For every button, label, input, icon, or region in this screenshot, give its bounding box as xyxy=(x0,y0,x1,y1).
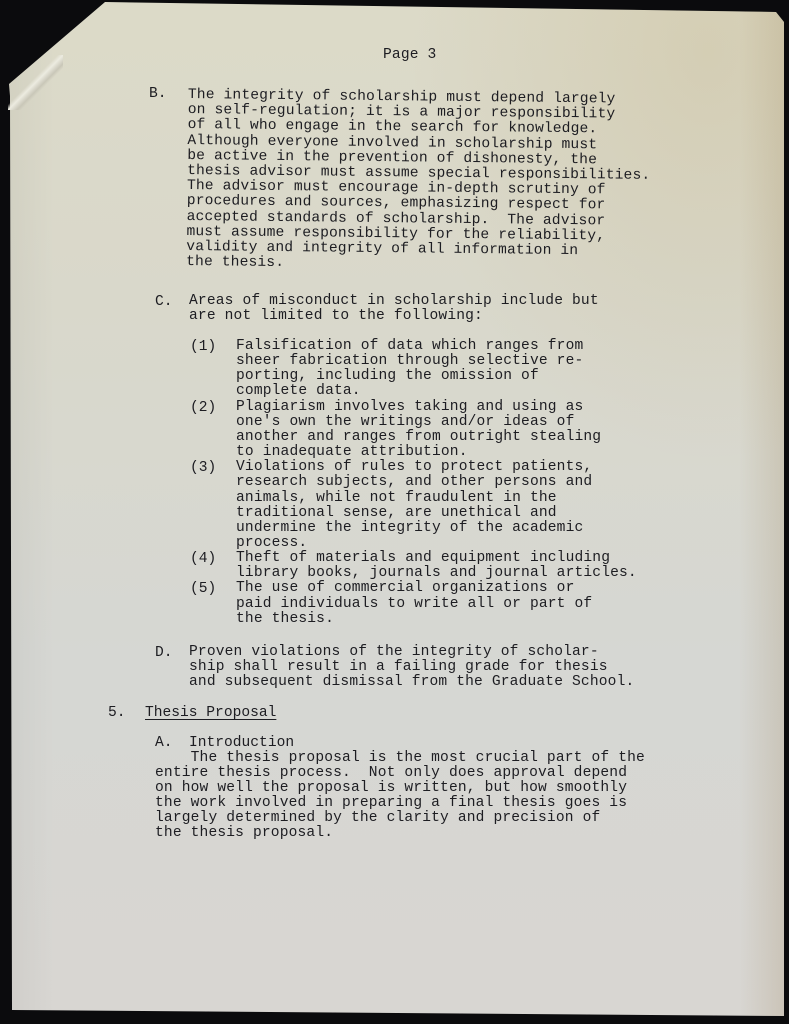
list-item-number: (2) xyxy=(190,400,216,416)
list-item-text: Plagiarism involves taking and using as … xyxy=(236,400,601,461)
photo-scene: Page 3 B. The integrity of scholarship m… xyxy=(0,0,789,1024)
list-item-number: (5) xyxy=(190,581,216,597)
section-b-paragraph: The integrity of scholarship must depend… xyxy=(186,88,651,275)
list-item-number: (1) xyxy=(190,339,216,355)
list-item-text: Theft of materials and equipment includi… xyxy=(236,551,637,581)
introduction-paragraph: The thesis proposal is the most crucial … xyxy=(155,751,645,841)
subsection-a-title: Introduction xyxy=(189,735,294,751)
subsection-a-label: A. xyxy=(155,735,173,751)
list-item-text: Falsification of data which ranges from … xyxy=(236,339,583,400)
section-c-intro: Areas of misconduct in scholarship inclu… xyxy=(189,294,599,324)
section-d-paragraph: Proven violations of the integrity of sc… xyxy=(189,645,634,690)
section-d-label: D. xyxy=(155,645,173,661)
list-item-text: The use of commercial organizations or p… xyxy=(236,581,592,626)
list-item-text: Violations of rules to protect patients,… xyxy=(236,460,592,551)
list-item-number: (3) xyxy=(190,460,216,476)
section-b-label: B. xyxy=(149,86,167,102)
page-number: Page 3 xyxy=(383,48,436,63)
section-5-title: Thesis Proposal xyxy=(145,705,276,721)
list-item-number: (4) xyxy=(190,551,216,567)
section-5-number: 5. xyxy=(108,705,126,721)
section-c-label: C. xyxy=(155,294,173,310)
